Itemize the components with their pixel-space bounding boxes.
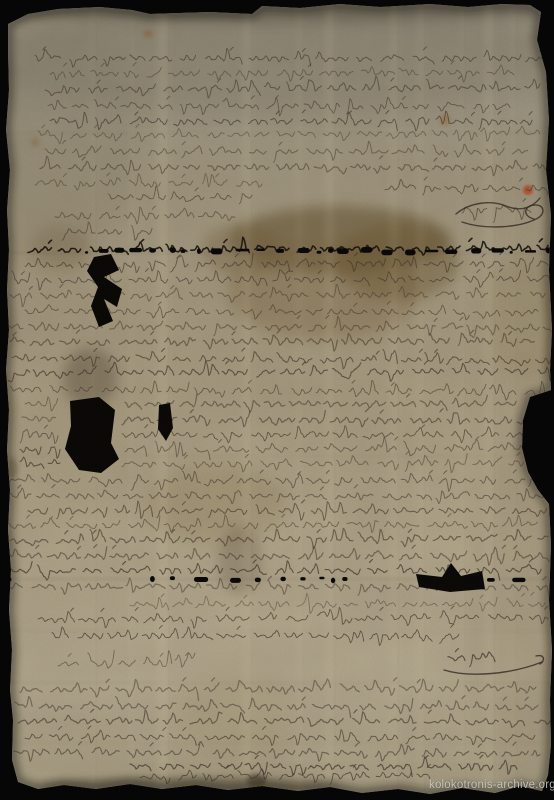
manuscript-artwork xyxy=(0,0,554,800)
paper-grain-texture xyxy=(0,0,554,800)
perforation-dash xyxy=(0,577,11,582)
manuscript-photo: kolokotronis-archive.org xyxy=(0,0,554,800)
